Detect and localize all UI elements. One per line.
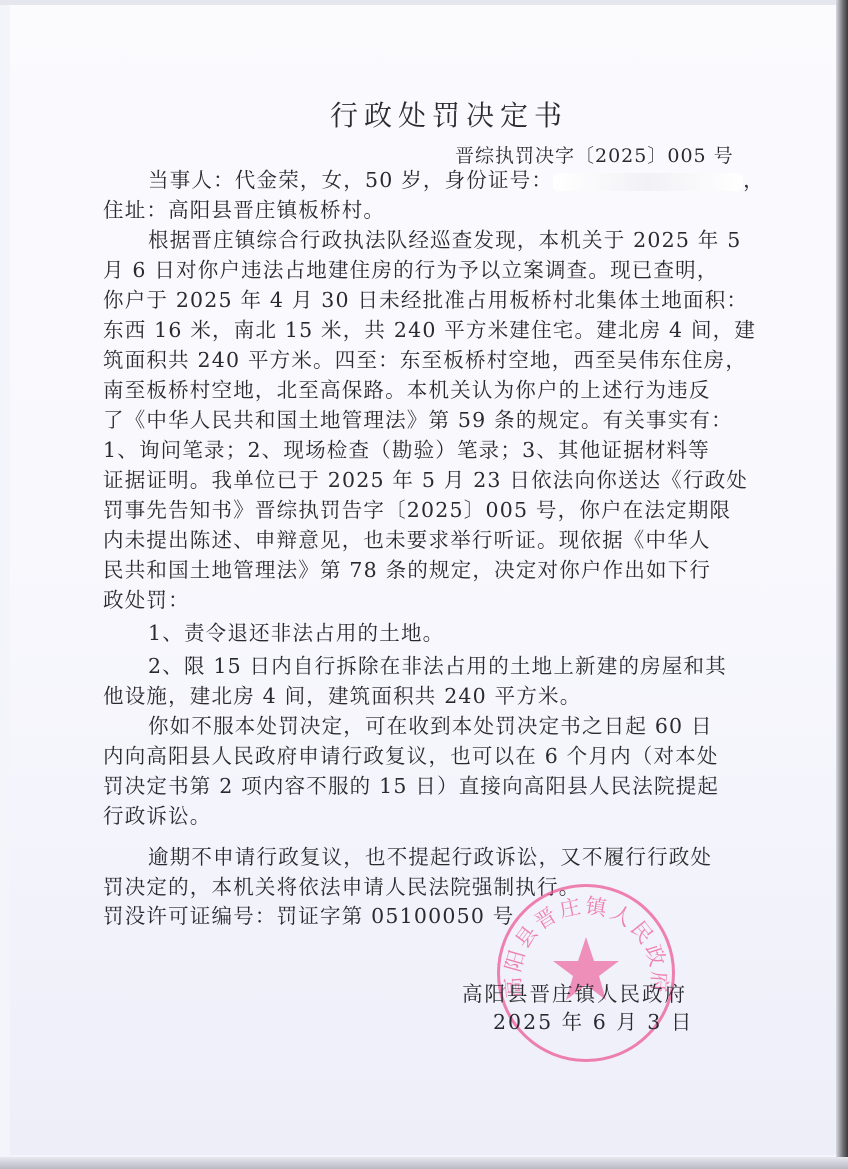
party-info: 当事人：代金荣，女，50 岁，身份证号： [148, 168, 553, 192]
body-line: 筑面积共 240 平方米。四至：东至板桥村空地，西至吴伟东住房， [103, 345, 743, 375]
body-line: 1、询问笔录；2、现场检查（勘验）笔录；3、其他证据材料等 [103, 435, 743, 465]
body-line: 罚事先告知书》晋综执罚告字〔2025〕005 号，你户在法定期限 [103, 495, 743, 525]
body-line: 内未提出陈述、申辩意见，也未要求举行听证。现依据《中华人 [103, 525, 743, 555]
body-line: 民共和国土地管理法》第 78 条的规定，决定对你户作出如下行 [103, 555, 743, 585]
appeal-line: 内向高阳县人民政府申请行政复议，也可以在 6 个月内（对本处 [103, 741, 743, 771]
body-line: 证据证明。我单位已于 2025 年 5 月 23 日依法向你送达《行政处 [103, 465, 743, 495]
scan-edge-bottom [0, 1157, 848, 1169]
body-line: 东西 16 米，南北 15 米，共 240 平方米建住宅。建北房 4 间，建 [103, 315, 743, 345]
address-line: 住址：高阳县晋庄镇板桥村。 [103, 195, 743, 225]
redacted-id-number [553, 173, 743, 191]
penalty-item-2-cont: 他设施，建北房 4 间，建筑面积共 240 平方米。 [103, 681, 743, 711]
enforcement-line: 罚决定的，本机关将依法申请人民法院强制执行。 [103, 872, 743, 902]
appeal-line: 行政诉讼。 [103, 801, 743, 831]
party-line: 当事人：代金荣，女，50 岁，身份证号：， [148, 165, 788, 195]
party-suffix: ， [743, 168, 765, 192]
body-line: 根据晋庄镇综合行政执法队经巡查发现，本机关于 2025 年 5 [148, 225, 788, 255]
appeal-line: 你如不服本处罚决定，可在收到本处罚决定书之日起 60 日 [148, 711, 788, 741]
license-number-line: 罚没许可证编号：罚证字第 05100050 号 [103, 901, 743, 931]
document-number: 晋综执罚决字〔2025〕005 号 [455, 141, 734, 168]
penalty-item-2: 2、限 15 日内自行拆除在非法占用的土地上新建的房屋和其 [148, 651, 788, 681]
document-title: 行政处罚决定书 [330, 94, 568, 134]
body-line: 你户于 2025 年 4 月 30 日未经批准占用板桥村北集体土地面积： [103, 285, 743, 315]
body-line: 月 6 日对你户违法占地建住房的行为予以立案调查。现已查明， [103, 255, 743, 285]
body-line: 南至板桥村空地，北至高保路。本机关认为你户的上述行为违反 [103, 375, 743, 405]
appeal-line: 罚决定书第 2 项内容不服的 15 日）直接向高阳县人民法院提起 [103, 771, 743, 801]
issue-date: 2025 年 6 月 3 日 [493, 1005, 693, 1035]
body-line: 了《中华人民共和国土地管理法》第 59 条的规定。有关事实有： [103, 405, 743, 435]
enforcement-line: 逾期不申请行政复议，也不提起行政诉讼，又不履行行政处 [148, 842, 788, 872]
scan-edge-right [836, 0, 848, 1169]
issuer-name: 高阳县晋庄镇人民政府 [462, 977, 687, 1007]
penalty-item-1: 1、责令退还非法占用的土地。 [148, 618, 788, 648]
body-line: 政处罚： [103, 585, 743, 615]
